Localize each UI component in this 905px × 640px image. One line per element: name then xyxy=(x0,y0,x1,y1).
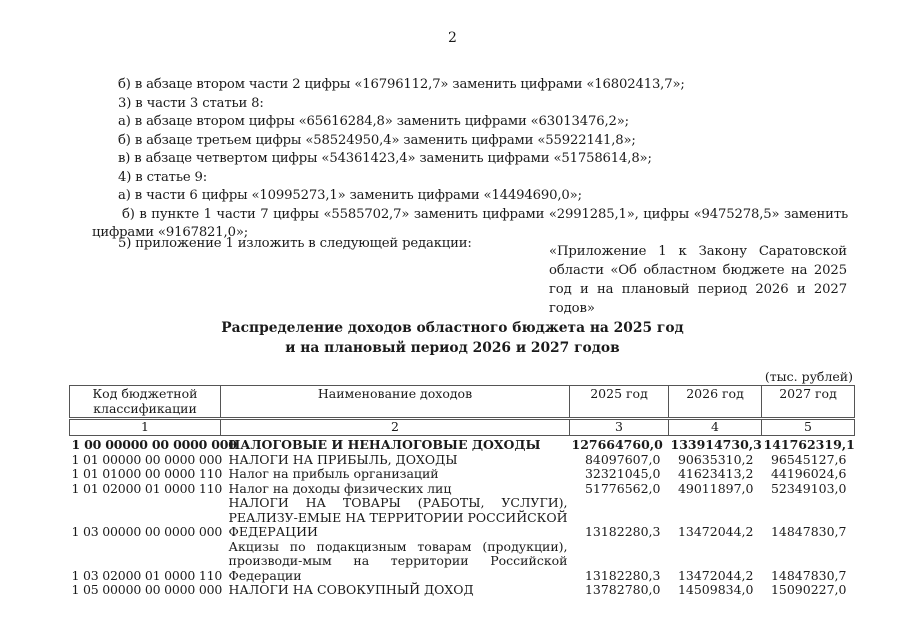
column-number: 5 xyxy=(762,419,855,436)
column-number: 4 xyxy=(669,419,762,436)
value-2025-cell: 51776562,0 xyxy=(570,482,669,497)
table-row: 1 00 00000 00 0000 000НАЛОГОВЫЕ И НЕНАЛО… xyxy=(70,436,855,453)
amendment-paragraph: а) в абзаце втором цифры «65616284,8» за… xyxy=(88,113,846,131)
column-number: 3 xyxy=(570,419,669,436)
appendix-reference-note: «Приложение 1 к Закону Саратовской облас… xyxy=(549,242,847,318)
budget-code-cell: 1 01 02000 01 0000 110 xyxy=(70,482,221,497)
revenue-distribution-table: Код бюджетной классификации Наименование… xyxy=(69,385,855,598)
value-2027-cell: 14847830,7 xyxy=(762,540,855,584)
revenue-name-cell: НАЛОГИ НА ПРИБЫЛЬ, ДОХОДЫ xyxy=(221,453,570,468)
column-number-row: 1 2 3 4 5 xyxy=(70,419,855,436)
table-header-row: Код бюджетной классификации Наименование… xyxy=(70,386,855,419)
value-2027-cell: 44196024,6 xyxy=(762,467,855,482)
value-2025-cell: 13182280,3 xyxy=(570,496,669,540)
value-2025-cell: 127664760,0 xyxy=(570,436,669,453)
table-row: 1 03 02000 01 0000 110Акцизы по подакциз… xyxy=(70,540,855,584)
value-2027-cell: 52349103,0 xyxy=(762,482,855,497)
table-title-line-1: Распределение доходов областного бюджета… xyxy=(0,318,905,338)
header-2027: 2027 год xyxy=(762,386,855,419)
revenue-name-cell: НАЛОГОВЫЕ И НЕНАЛОГОВЫЕ ДОХОДЫ xyxy=(221,436,570,453)
header-code: Код бюджетной классификации xyxy=(70,386,221,419)
budget-code-cell: 1 03 02000 01 0000 110 xyxy=(70,540,221,584)
table-body: 1 00 00000 00 0000 000НАЛОГОВЫЕ И НЕНАЛО… xyxy=(70,436,855,598)
page-number: 2 xyxy=(0,30,905,46)
value-2025-cell: 13782780,0 xyxy=(570,583,669,598)
value-2027-cell: 14847830,7 xyxy=(762,496,855,540)
revenue-name-cell: НАЛОГИ НА ТОВАРЫ (РАБОТЫ, УСЛУГИ), РЕАЛИ… xyxy=(221,496,570,540)
revenue-name-cell: НАЛОГИ НА СОВОКУПНЫЙ ДОХОД xyxy=(221,583,570,598)
value-2026-cell: 49011897,0 xyxy=(669,482,762,497)
revenue-name-cell: Налог на доходы физических лиц xyxy=(221,482,570,497)
table-title: Распределение доходов областного бюджета… xyxy=(0,318,905,358)
amendment-paragraph: 3) в части 3 статьи 8: xyxy=(88,95,846,113)
value-2027-cell: 141762319,1 xyxy=(762,436,855,453)
header-2025: 2025 год xyxy=(570,386,669,419)
value-2025-cell: 32321045,0 xyxy=(570,467,669,482)
value-2025-cell: 13182280,3 xyxy=(570,540,669,584)
budget-code-cell: 1 03 00000 00 0000 000 xyxy=(70,496,221,540)
amendment-paragraph: б) в абзаце втором части 2 цифры «167961… xyxy=(88,76,846,94)
revenue-name-cell: Налог на прибыль организаций xyxy=(221,467,570,482)
value-2026-cell: 133914730,3 xyxy=(669,436,762,453)
value-2027-cell: 96545127,6 xyxy=(762,453,855,468)
revenue-name-cell: Акцизы по подакцизным товарам (продукции… xyxy=(221,540,570,584)
amendment-paragraph: 4) в статье 9: xyxy=(88,169,846,187)
table-row: 1 05 00000 00 0000 000НАЛОГИ НА СОВОКУПН… xyxy=(70,583,855,598)
budget-code-cell: 1 05 00000 00 0000 000 xyxy=(70,583,221,598)
column-number: 2 xyxy=(221,419,570,436)
budget-code-cell: 1 01 00000 00 0000 000 xyxy=(70,453,221,468)
column-number: 1 xyxy=(70,419,221,436)
value-2025-cell: 84097607,0 xyxy=(570,453,669,468)
amendment-paragraph: а) в части 6 цифры «10995273,1» заменить… xyxy=(88,187,846,205)
value-2026-cell: 90635310,2 xyxy=(669,453,762,468)
table-row: 1 01 01000 00 0000 110Налог на прибыль о… xyxy=(70,467,855,482)
value-2026-cell: 13472044,2 xyxy=(669,540,762,584)
budget-code-cell: 1 00 00000 00 0000 000 xyxy=(70,436,221,453)
value-2026-cell: 41623413,2 xyxy=(669,467,762,482)
amendment-paragraph: б) в абзаце третьем цифры «58524950,4» з… xyxy=(88,132,846,150)
header-2026: 2026 год xyxy=(669,386,762,419)
amendment-paragraph: в) в абзаце четвертом цифры «54361423,4»… xyxy=(88,150,846,168)
value-2026-cell: 14509834,0 xyxy=(669,583,762,598)
value-2026-cell: 13472044,2 xyxy=(669,496,762,540)
table-row: 1 01 00000 00 0000 000НАЛОГИ НА ПРИБЫЛЬ,… xyxy=(70,453,855,468)
header-name: Наименование доходов xyxy=(221,386,570,419)
value-2027-cell: 15090227,0 xyxy=(762,583,855,598)
table-row: 1 03 00000 00 0000 000НАЛОГИ НА ТОВАРЫ (… xyxy=(70,496,855,540)
table-title-line-2: и на плановый период 2026 и 2027 годов xyxy=(0,338,905,358)
units-label: (тыс. рублей) xyxy=(765,369,853,384)
budget-code-cell: 1 01 01000 00 0000 110 xyxy=(70,467,221,482)
table-row: 1 01 02000 01 0000 110Налог на доходы фи… xyxy=(70,482,855,497)
